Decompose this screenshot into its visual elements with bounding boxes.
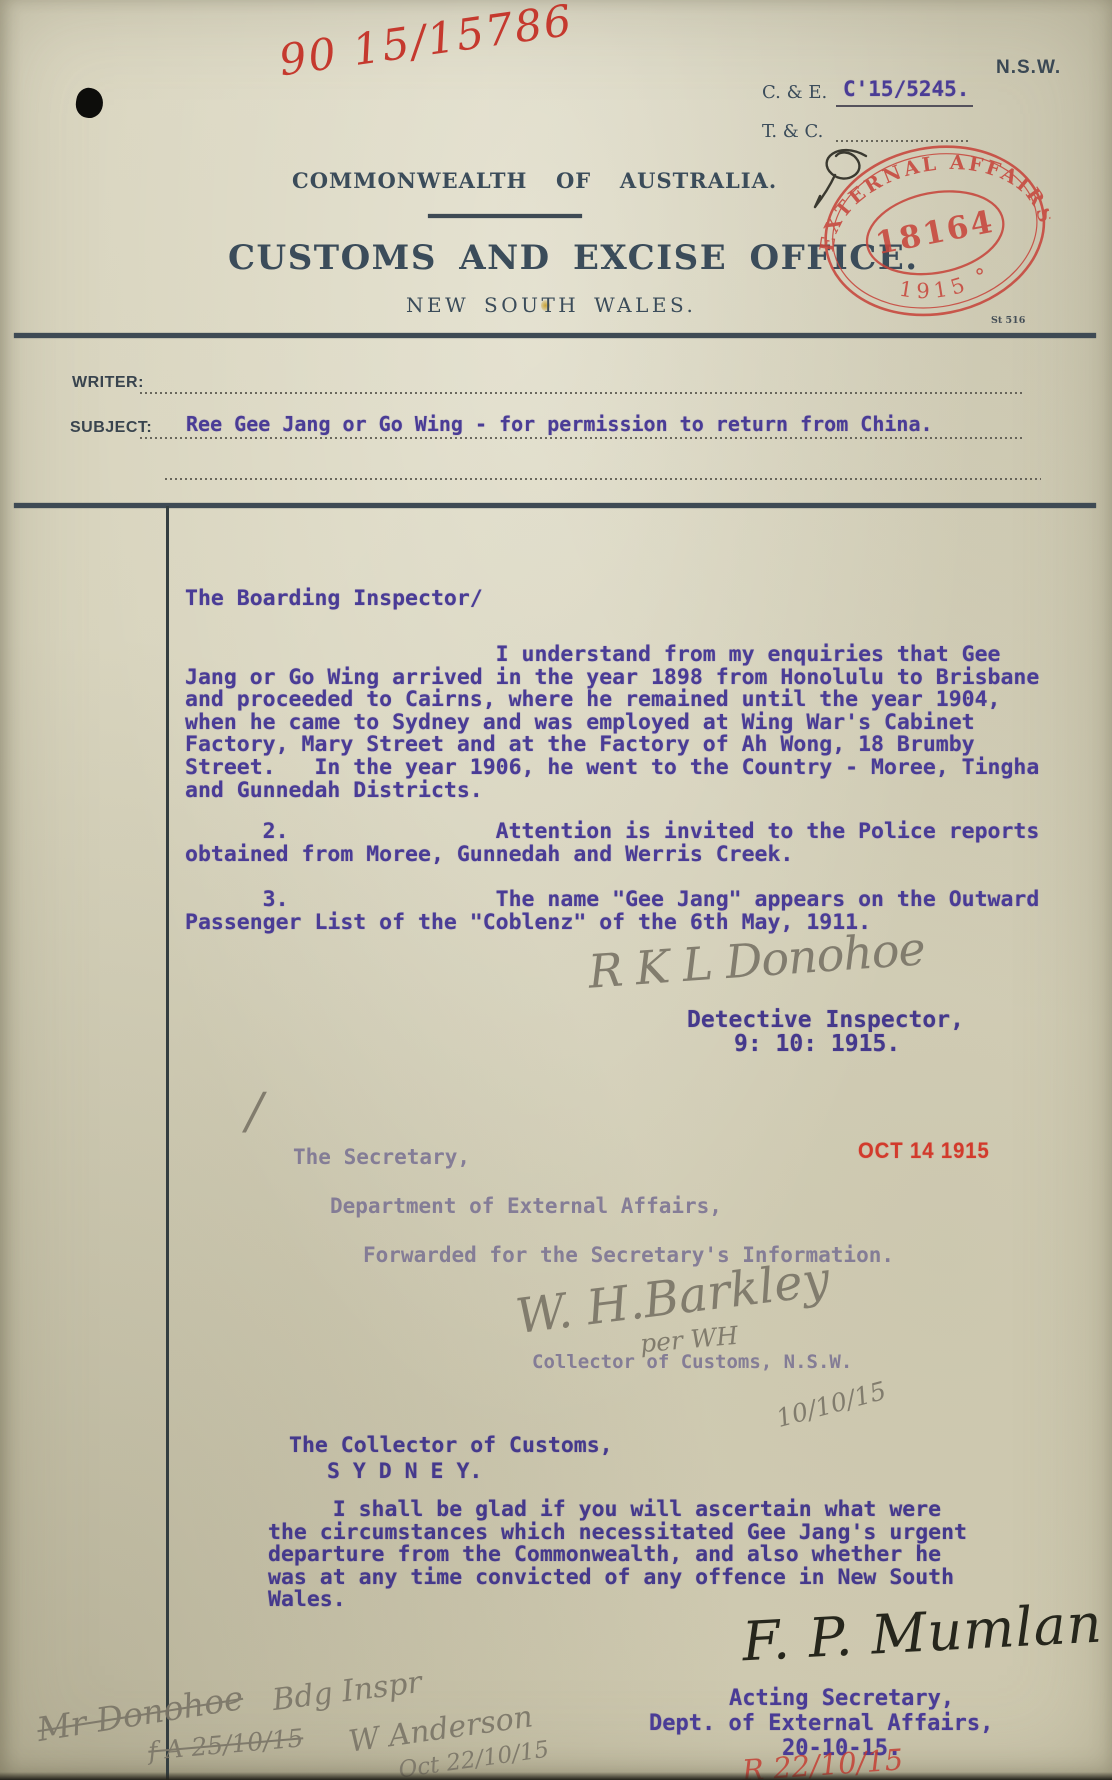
letterhead-commonwealth: COMMONWEALTH OF AUSTRALIA. — [292, 168, 777, 193]
letterhead-divider — [428, 214, 582, 218]
typed-line: and proceeded to Cairns, where he remain… — [185, 689, 1039, 712]
paragraph-2: 2. Attention is invited to the Police re… — [185, 821, 1039, 866]
request-addressee-2: S Y D N E Y. — [327, 1461, 482, 1484]
typed-line: when he came to Sydney and was employed … — [185, 712, 1039, 735]
ce-label: C. & E. — [762, 82, 827, 103]
stamp-number: 18164 — [873, 204, 998, 262]
request-addressee-1: The Collector of Customs, — [289, 1435, 613, 1458]
ce-underline — [836, 105, 973, 107]
typed-line: Street. In the year 1906, he went to the… — [185, 757, 1039, 780]
letterhead-state: NEW SOUTH WALES. — [406, 293, 696, 317]
boarding-inspector-note: Bdg Inspr — [270, 1665, 423, 1718]
forward-to: The Secretary, — [293, 1146, 470, 1169]
writer-dotted-line — [140, 392, 1024, 394]
request-paragraph: I shall be glad if you will ascertain wh… — [268, 1499, 967, 1612]
typed-line: Jang or Go Wing arrived in the year 1898… — [185, 667, 1039, 690]
typed-line: Factory, Mary Street and at the Factory … — [185, 734, 1039, 757]
typed-line: departure from the Commonwealth, and als… — [268, 1544, 967, 1567]
margin-vertical-line — [166, 506, 169, 1780]
paragraph-1: I understand from my enquiries that GeeJ… — [185, 644, 1039, 802]
salutation: The Boarding Inspector/ — [185, 588, 483, 611]
acting-secretary-title: Acting Secretary, — [729, 1688, 954, 1711]
detective-title: Detective Inspector, — [687, 1009, 964, 1032]
typed-line: the circumstances which necessitated Gee… — [268, 1522, 967, 1545]
tc-label: T. & C. — [762, 121, 823, 142]
body-rule — [14, 503, 1096, 508]
state-label: N.S.W. — [996, 57, 1061, 79]
page-bottom-edge — [0, 1772, 1112, 1780]
form-code: St 516 — [991, 315, 1025, 326]
ce-number: C'15/5245. — [843, 78, 969, 101]
crossed-date-note: f A 25/10/15 — [147, 1723, 304, 1765]
typed-line: I understand from my enquiries that Gee — [185, 644, 1039, 667]
letterhead-office: CUSTOMS AND EXCISE OFFICE. — [228, 238, 919, 278]
typed-line: obtained from Moree, Gunnedah and Werris… — [185, 844, 1039, 867]
checkmark-annotation-icon — [810, 144, 876, 214]
subject-label: SUBJECT: — [70, 419, 152, 437]
subject-value: Ree Gee Jang or Go Wing - for permission… — [186, 413, 933, 436]
subject-dotted-line — [140, 437, 1024, 439]
writer-label: WRITER: — [72, 374, 144, 392]
ink-blot — [74, 86, 105, 120]
detective-date: 9: 10: 1915. — [734, 1033, 900, 1056]
typed-line: I shall be glad if you will ascertain wh… — [268, 1499, 967, 1522]
typed-line: and Gunnedah Districts. — [185, 780, 1039, 803]
forward-department: Department of External Affairs, — [330, 1195, 722, 1218]
received-date-stamp: OCT 14 1915 — [858, 1138, 990, 1164]
margin-slash-mark: / — [246, 1082, 263, 1140]
header-rule — [14, 333, 1096, 338]
typed-line: 2. Attention is invited to the Police re… — [185, 821, 1039, 844]
typed-line: was at any time convicted of any offence… — [268, 1567, 967, 1590]
collector-title: Collector of Customs, N.S.W. — [532, 1351, 852, 1374]
registry-annotation-handwritten: 90 15/15786 — [276, 0, 576, 86]
collector-hand-date: 10/10/15 — [773, 1376, 889, 1433]
acting-secretary-dept: Dept. of External Affairs, — [649, 1713, 993, 1736]
typed-line: 3. The name "Gee Jang" appears on the Ou… — [185, 889, 1039, 912]
subject-dotted-line-2 — [165, 478, 1041, 480]
document-page: 90 15/15786 N.S.W. C. & E. C'15/5245. T.… — [0, 0, 1112, 1780]
